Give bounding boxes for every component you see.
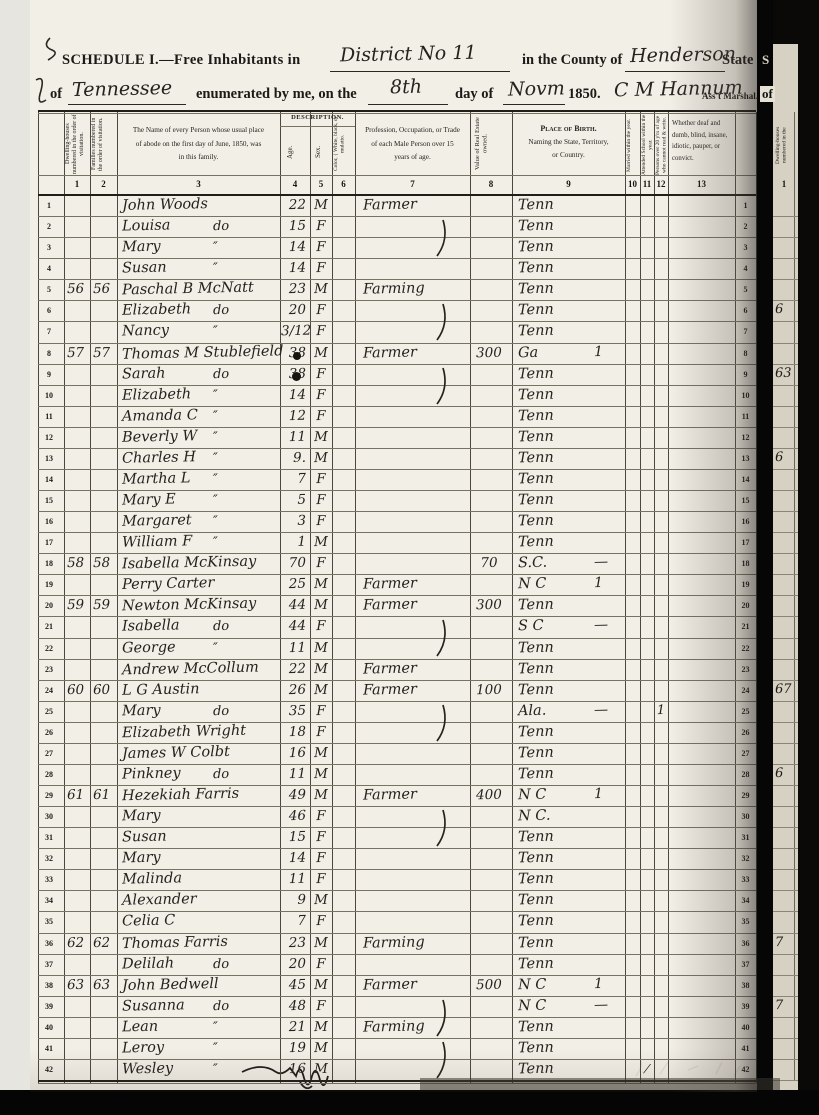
row-number-right: 14 — [735, 475, 756, 484]
cell-birthplace: Ala. — [518, 703, 547, 718]
cell-name: Mary — [122, 703, 161, 718]
row-number-left: 29 — [38, 791, 60, 800]
marshal-label: Ass't Marshal. — [702, 91, 758, 101]
row-number-left: 4 — [38, 264, 60, 273]
row-number-right: 37 — [735, 960, 756, 969]
next-page-row-line — [773, 933, 798, 934]
row-number-right: 23 — [735, 665, 756, 674]
cell-sex: M — [310, 536, 332, 550]
next-page-row-line — [773, 511, 798, 512]
cell-sex: F — [310, 726, 332, 740]
ink-blot — [293, 352, 301, 360]
cell-name: Thomas M Stublefield — [122, 344, 284, 362]
col3-header: The Name of every Person whose usual pla… — [119, 124, 278, 165]
occupation-ditto-stroke — [433, 218, 453, 258]
cell-name-ditto: do — [213, 304, 229, 317]
next-page-row-line — [773, 321, 798, 322]
column-number: 9 — [512, 179, 625, 189]
cell-name: Isabella — [122, 619, 180, 635]
cell-birthplace: Tenn — [518, 893, 554, 908]
cell-sex: M — [310, 1063, 332, 1077]
row-line — [38, 364, 756, 365]
cell-birthplace: Tenn — [518, 598, 554, 613]
next-page-row-line — [773, 258, 798, 259]
row-line — [38, 343, 756, 344]
row-number-right: 33 — [735, 875, 756, 884]
cell-dwelling: 60 — [67, 683, 84, 697]
cell-birthplace: Tenn — [518, 303, 554, 318]
column-number: 6 — [332, 179, 355, 189]
next-page-row-line — [773, 216, 798, 217]
row-number-right: 24 — [735, 686, 756, 695]
row-number-right: 3 — [735, 243, 756, 252]
next-page-row-line — [773, 911, 798, 912]
cell-birthplace-mark: 1 — [594, 576, 603, 590]
cell-name: Mary — [122, 240, 161, 255]
cell-name: Mary E — [122, 492, 176, 508]
cell-name-ditto: ″ — [213, 1021, 218, 1034]
cell-age: 15 — [281, 831, 306, 845]
row-line — [38, 680, 756, 681]
day-underline — [368, 103, 448, 105]
row-number-right: 8 — [735, 349, 756, 358]
cell-birthplace: N C — [518, 577, 547, 592]
row-number-left: 35 — [38, 917, 60, 926]
column-number: 2 — [90, 179, 117, 189]
next-page-row-line — [773, 553, 798, 554]
cell-birthplace-mark: — — [594, 998, 608, 1012]
column-line — [756, 112, 757, 1083]
cell-name: Louisa — [122, 219, 171, 235]
cell-sex: M — [310, 346, 332, 360]
next-page-row-line — [773, 1017, 798, 1018]
cell-age: 48 — [281, 999, 306, 1013]
cell-family: 62 — [93, 936, 110, 950]
cell-profession: Farmer — [363, 197, 417, 213]
cell-sex: M — [310, 283, 332, 297]
column-number: 1 — [64, 179, 90, 189]
row-line — [38, 764, 756, 765]
next-page-row-line — [773, 279, 798, 280]
cell-sex: M — [310, 199, 332, 213]
cell-birthplace-mark: — — [594, 555, 608, 569]
cell-family: 59 — [93, 599, 110, 613]
next-page-row-line — [773, 1038, 798, 1039]
row-number-right: 21 — [735, 622, 756, 631]
cell-cannot-read-mark: 1 — [654, 704, 668, 717]
row-number-right: 41 — [735, 1044, 756, 1053]
row-line — [38, 553, 756, 554]
cell-age: 14 — [281, 262, 306, 276]
next-page-top-shadow — [773, 0, 819, 44]
cell-name: Newton McKinsay — [122, 597, 257, 614]
cell-birthplace: Tenn — [518, 514, 554, 529]
cell-age: 14 — [281, 388, 306, 402]
cell-sex: F — [310, 304, 332, 318]
column-number: 5 — [310, 179, 332, 189]
row-number-left: 37 — [38, 960, 60, 969]
cell-birthplace: Tenn — [518, 240, 554, 255]
cell-sex: M — [310, 599, 332, 613]
cell-age: 15 — [281, 220, 306, 234]
cell-birthplace: N C — [518, 998, 547, 1013]
cell-name: Celia C — [122, 914, 176, 930]
cell-name: Nancy — [122, 324, 169, 339]
row-number-right: 25 — [735, 707, 756, 716]
cell-birthplace: S.C. — [518, 556, 548, 571]
row-number-right: 27 — [735, 749, 756, 758]
cell-birthplace: N C. — [518, 809, 551, 824]
cell-name: Susan — [122, 261, 167, 276]
row-number-right: 18 — [735, 559, 756, 568]
cell-family: 57 — [93, 346, 110, 360]
cell-birthplace: Tenn — [518, 408, 554, 423]
month-underline — [503, 103, 565, 105]
row-line — [38, 216, 756, 217]
cell-birthplace: Tenn — [518, 935, 554, 950]
cell-sex: M — [310, 431, 332, 445]
cell-birthplace: Tenn — [518, 851, 554, 866]
cell-name-ditto: ″ — [213, 241, 218, 254]
cell-real-estate-value: 100 — [470, 683, 508, 697]
top-left-pen-scribble-icon — [30, 34, 64, 114]
cell-birthplace: Tenn — [518, 1019, 554, 1034]
cell-age: 22 — [281, 662, 306, 676]
cell-birthplace: N C — [518, 788, 547, 803]
cell-dwelling: 59 — [67, 599, 84, 613]
cell-profession: Farmer — [363, 598, 417, 614]
row-number-left: 14 — [38, 475, 60, 484]
month-value: Novm — [508, 79, 565, 99]
row-number-right: 15 — [735, 496, 756, 505]
year-value: 1850. — [568, 86, 601, 103]
cell-name: Delilah — [122, 956, 174, 972]
row-number-left: 26 — [38, 728, 60, 737]
cell-profession: Farmer — [363, 787, 417, 803]
cell-age: 44 — [281, 620, 306, 634]
next-page-row-line — [773, 869, 798, 870]
cell-name: Mary — [122, 851, 161, 866]
row-line — [38, 996, 756, 997]
cell-name-ditto: do — [213, 705, 229, 718]
next-page-row-line — [773, 364, 798, 365]
row-number-right: 31 — [735, 833, 756, 842]
cell-birthplace: Tenn — [518, 914, 554, 929]
cell-name-ditto: ″ — [213, 641, 218, 654]
col4-header: Age. — [286, 130, 302, 174]
row-number-left: 22 — [38, 644, 60, 653]
cell-birthplace-mark: — — [594, 703, 608, 717]
cell-name-ditto: do — [213, 220, 229, 233]
cell-age: 14 — [281, 241, 306, 255]
cell-birthplace-mark: — — [594, 618, 608, 632]
next-page-row-line — [773, 680, 798, 681]
cell-name-ditto: do — [213, 620, 229, 633]
cell-age: 5 — [281, 494, 306, 508]
cell-real-estate-value: 300 — [470, 346, 508, 360]
cell-real-estate-value: 300 — [470, 599, 508, 613]
cell-sex: F — [310, 873, 332, 887]
cell-age: 23 — [281, 283, 306, 297]
next-page-row-line — [773, 490, 798, 491]
cell-name: Paschal B McNatt — [122, 281, 254, 298]
cell-name: Sarah — [122, 366, 166, 381]
row-line — [38, 701, 756, 702]
cell-age: 11 — [281, 873, 306, 887]
next-page-title-fragment: S — [762, 52, 769, 68]
cell-sex: F — [310, 620, 332, 634]
next-page-dwelling-mark: 6 — [775, 303, 784, 316]
next-page-row-line — [773, 469, 798, 470]
row-number-left: 23 — [38, 665, 60, 674]
col12-header: Persons over 20 y'rs of age who cannot r… — [655, 114, 667, 176]
row-number-right: 28 — [735, 770, 756, 779]
cell-age: 22 — [281, 199, 306, 213]
line1-pre: Free Inhabitants in — [174, 52, 301, 68]
cell-age: 49 — [281, 789, 306, 803]
next-page-row-line — [773, 975, 798, 976]
occupation-ditto-stroke — [433, 998, 453, 1038]
row-line — [38, 827, 756, 828]
census-scan: SCHEDULE I.—Free Inhabitants in District… — [0, 0, 819, 1115]
row-number-right: 40 — [735, 1023, 756, 1032]
cell-birthplace: Tenn — [518, 1062, 554, 1077]
column-number: 3 — [117, 179, 280, 189]
cell-name: George — [122, 640, 176, 656]
cell-age: 3 — [281, 515, 306, 529]
row-number-right: 19 — [735, 580, 756, 589]
occupation-ditto-stroke — [433, 366, 453, 406]
cell-age: 35 — [281, 704, 306, 718]
cell-age: 23 — [281, 936, 306, 950]
cell-name-ditto: do — [213, 768, 229, 781]
cell-birthplace: Tenn — [518, 493, 554, 508]
cell-birthplace: N C — [518, 977, 547, 992]
next-page-row-line — [773, 954, 798, 955]
cell-name: Amanda C — [122, 408, 198, 424]
next-page-row-line — [773, 638, 798, 639]
cell-name: William F — [122, 534, 193, 550]
next-page-row-line — [773, 406, 798, 407]
row-line — [38, 511, 756, 512]
cell-sex: F — [310, 957, 332, 971]
occupation-ditto-stroke — [433, 618, 453, 658]
row-number-right: 38 — [735, 981, 756, 990]
cell-profession: Farmer — [363, 577, 417, 593]
cell-birthplace: Tenn — [518, 724, 554, 739]
occupation-ditto-stroke — [433, 302, 453, 342]
cell-dwelling: 57 — [67, 346, 84, 360]
cell-birthplace: Tenn — [518, 261, 554, 276]
cell-age: 16 — [281, 747, 306, 761]
row-line — [38, 490, 756, 491]
cell-name-ditto: ″ — [213, 325, 218, 338]
row-number-right: 10 — [735, 391, 756, 400]
cell-name: James W Colbt — [122, 745, 230, 762]
cell-birthplace: Tenn — [518, 535, 554, 550]
row-line — [38, 806, 756, 807]
cell-birthplace: Ga — [518, 345, 539, 360]
row-number-right: 30 — [735, 812, 756, 821]
row-number-right: 2 — [735, 222, 756, 231]
cell-sex: F — [310, 557, 332, 571]
cell-age: 11 — [281, 641, 306, 655]
col2-header: Families numbered in the order of visita… — [91, 114, 116, 174]
cell-name: Elizabeth — [122, 303, 191, 319]
cell-sex: M — [310, 978, 332, 992]
row-number-left: 36 — [38, 939, 60, 948]
cell-real-estate-value: 70 — [470, 557, 508, 571]
next-page-dwelling-mark: 6 — [775, 767, 784, 780]
row-line — [38, 1038, 756, 1039]
row-number-right: 20 — [735, 601, 756, 610]
county-value: Henderson — [630, 45, 736, 66]
row-number-left: 7 — [38, 327, 60, 336]
row-number-left: 41 — [38, 1044, 60, 1053]
cell-profession: Farmer — [363, 345, 417, 361]
cell-age: 20 — [281, 304, 306, 318]
cell-sex: F — [310, 494, 332, 508]
row-number-right: 42 — [735, 1065, 756, 1074]
cell-name: Andrew McCollum — [122, 660, 259, 677]
schedule-label: SCHEDULE I. — [62, 52, 159, 68]
cell-sex: F — [310, 388, 332, 402]
cell-real-estate-value: 500 — [470, 978, 508, 992]
numbers-sep-line — [38, 194, 756, 196]
row-line — [38, 638, 756, 639]
row-number-left: 2 — [38, 222, 60, 231]
next-page-of-fragment: of — [760, 86, 775, 102]
cell-age: 9. — [281, 452, 306, 466]
scan-bottom-edge — [0, 1090, 819, 1115]
cell-name: John Woods — [122, 197, 208, 213]
row-number-left: 12 — [38, 433, 60, 442]
cell-family: 58 — [93, 557, 110, 571]
cell-name: Thomas Farris — [122, 934, 228, 951]
cell-age: 25 — [281, 578, 306, 592]
next-page-shadow — [798, 0, 819, 1092]
cell-name: Perry Carter — [122, 576, 215, 592]
schedule-title: SCHEDULE I.—Free Inhabitants in — [62, 52, 301, 69]
cell-age: 70 — [281, 557, 306, 571]
cell-name-ditto: do — [213, 1000, 229, 1013]
cell-age: 12 — [281, 409, 306, 423]
cell-sex: F — [310, 704, 332, 718]
col11-header: Attended School within the year. — [641, 114, 653, 176]
row-number-left: 1 — [38, 201, 60, 210]
next-page-row-line — [773, 659, 798, 660]
column-number: 11 — [640, 179, 654, 189]
cell-name: L G Austin — [122, 682, 200, 698]
row-number-left: 31 — [38, 833, 60, 842]
cell-family: 56 — [93, 283, 110, 297]
cell-sex: M — [310, 662, 332, 676]
line1-mid: in the County of — [522, 52, 622, 69]
cell-birthplace: Tenn — [518, 366, 554, 381]
cell-sex: M — [310, 768, 332, 782]
col13-header: Whether deaf anddumb, blind, insane,idio… — [670, 118, 735, 164]
next-page-row-line — [773, 574, 798, 575]
cell-dwelling: 58 — [67, 557, 84, 571]
next-page-row-line — [773, 1059, 798, 1060]
cell-name: Charles H — [122, 450, 196, 466]
cell-birthplace: Tenn — [518, 282, 554, 297]
cell-name: Susan — [122, 830, 167, 845]
cell-birthplace: Tenn — [518, 661, 554, 676]
cell-dwelling: 63 — [67, 978, 84, 992]
cell-age: 9 — [281, 894, 306, 908]
cell-birthplace: Tenn — [518, 767, 554, 782]
cell-name-ditto: ″ — [213, 452, 218, 465]
occupation-ditto-stroke — [433, 1040, 453, 1080]
row-number-left: 33 — [38, 875, 60, 884]
cell-sex: M — [310, 452, 332, 466]
row-number-left: 15 — [38, 496, 60, 505]
cell-age: 11 — [281, 431, 306, 445]
row-number-right: 5 — [735, 285, 756, 294]
line2-mid: enumerated by me, on the — [196, 86, 357, 103]
row-number-left: 34 — [38, 896, 60, 905]
cell-sex: F — [310, 852, 332, 866]
cell-birthplace: Tenn — [518, 324, 554, 339]
row-number-right: 26 — [735, 728, 756, 737]
row-number-left: 30 — [38, 812, 60, 821]
row-number-right: 7 — [735, 327, 756, 336]
row-number-left: 9 — [38, 370, 60, 379]
state-underline — [68, 103, 186, 105]
row-line — [38, 975, 756, 976]
row-number-right: 9 — [735, 370, 756, 379]
cell-name-ditto: ″ — [213, 494, 218, 507]
next-page-row-line — [773, 722, 798, 723]
row-number-left: 6 — [38, 306, 60, 315]
row-number-left: 3 — [38, 243, 60, 252]
cell-birthplace-mark: 1 — [594, 787, 603, 801]
cell-name-ditto: ″ — [213, 1063, 218, 1076]
row-line — [38, 469, 756, 470]
cell-name-ditto: do — [213, 957, 229, 970]
next-page-row-line — [773, 448, 798, 449]
row-line — [38, 743, 756, 744]
cell-age: 7 — [281, 473, 306, 487]
next-page-row-line — [773, 764, 798, 765]
next-page-row-line — [773, 848, 798, 849]
cell-birthplace: Tenn — [518, 1040, 554, 1055]
column-number: 12 — [654, 179, 668, 189]
district-underline — [330, 70, 510, 72]
cell-sex: M — [310, 683, 332, 697]
row-number-right: 22 — [735, 644, 756, 653]
row-number-left: 18 — [38, 559, 60, 568]
row-line — [38, 954, 756, 955]
row-number-left: 16 — [38, 517, 60, 526]
row-number-right: 1 — [735, 201, 756, 210]
cell-age: 26 — [281, 683, 306, 697]
cell-family: 60 — [93, 683, 110, 697]
cell-name-ditto: ″ — [213, 536, 218, 549]
cell-age: 46 — [281, 810, 306, 824]
row-number-left: 28 — [38, 770, 60, 779]
row-line — [38, 933, 756, 934]
state-value: Tennessee — [72, 79, 173, 100]
cell-sex: F — [310, 367, 332, 381]
next-page-row-line — [773, 701, 798, 702]
next-page-row-line — [773, 785, 798, 786]
row-number-right: 4 — [735, 264, 756, 273]
row-number-right: 17 — [735, 538, 756, 547]
cell-sex: M — [310, 1020, 332, 1034]
cell-birthplace: Tenn — [518, 745, 554, 760]
